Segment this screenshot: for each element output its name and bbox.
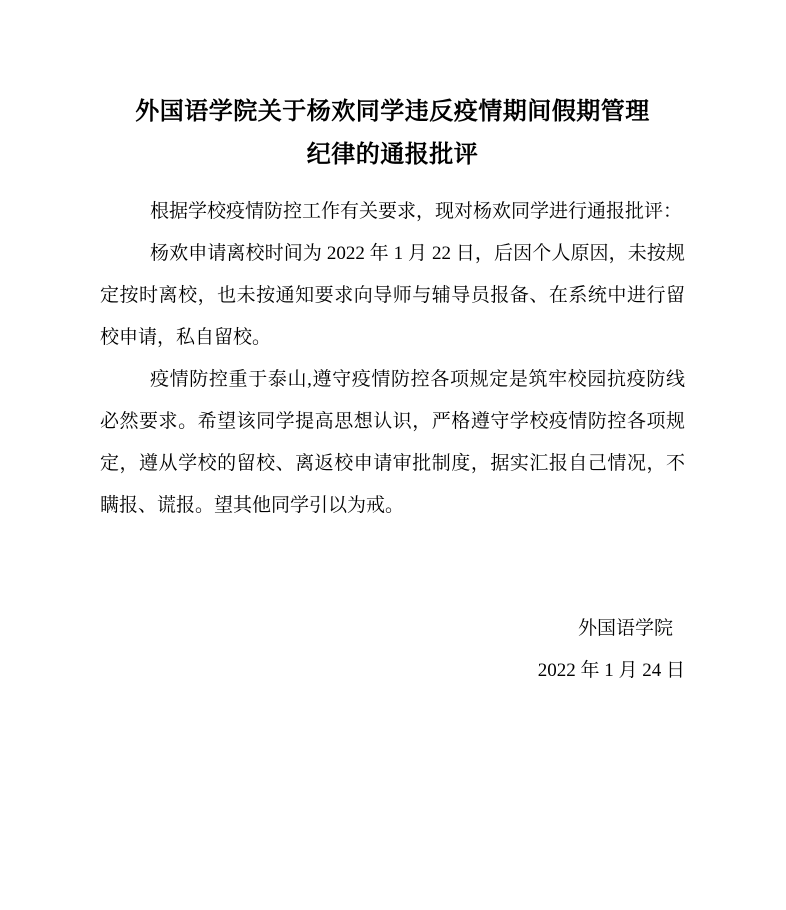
paragraph-1: 根据学校疫情防控工作有关要求，现对杨欢同学进行通报批评： <box>100 191 685 233</box>
paragraph-2: 杨欢申请离校时间为 2022 年 1 月 22 日，后因个人原因，未按规 定按时… <box>100 233 685 359</box>
body-line: 定按时离校，也未按通知要求向导师与辅导员报备、在系统中进行留 <box>100 275 685 317</box>
signature-name: 外国语学院 <box>100 608 685 650</box>
body-line: 校申请，私自留校。 <box>100 317 685 359</box>
body-line: 瞒报、谎报。望其他同学引以为戒。 <box>100 485 685 527</box>
signature-date: 2022 年 1 月 24 日 <box>100 650 685 692</box>
document-content: 外国语学院关于杨欢同学违反疫情期间假期管理 纪律的通报批评 根据学校疫情防控工作… <box>100 90 685 692</box>
body-line: 疫情防控重于泰山,遵守疫情防控各项规定是筑牢校园抗疫防线 <box>100 359 685 401</box>
signature-block: 外国语学院 2022 年 1 月 24 日 <box>100 608 685 692</box>
body-line: 必然要求。希望该同学提高思想认识，严格遵守学校疫情防控各项规 <box>100 401 685 443</box>
body-line: 定，遵从学校的留校、离返校申请审批制度，据实汇报自己情况，不 <box>100 443 685 485</box>
document-body: 根据学校疫情防控工作有关要求，现对杨欢同学进行通报批评： 杨欢申请离校时间为 2… <box>100 191 685 527</box>
title-line-2: 纪律的通报批评 <box>100 133 685 176</box>
document-title: 外国语学院关于杨欢同学违反疫情期间假期管理 纪律的通报批评 <box>100 90 685 176</box>
body-line: 根据学校疫情防控工作有关要求，现对杨欢同学进行通报批评： <box>100 191 685 233</box>
paragraph-3: 疫情防控重于泰山,遵守疫情防控各项规定是筑牢校园抗疫防线 必然要求。希望该同学提… <box>100 359 685 527</box>
title-line-1: 外国语学院关于杨欢同学违反疫情期间假期管理 <box>100 90 685 133</box>
document-page: 外国语学院关于杨欢同学违反疫情期间假期管理 纪律的通报批评 根据学校疫情防控工作… <box>0 0 786 910</box>
body-line: 杨欢申请离校时间为 2022 年 1 月 22 日，后因个人原因，未按规 <box>100 233 685 275</box>
